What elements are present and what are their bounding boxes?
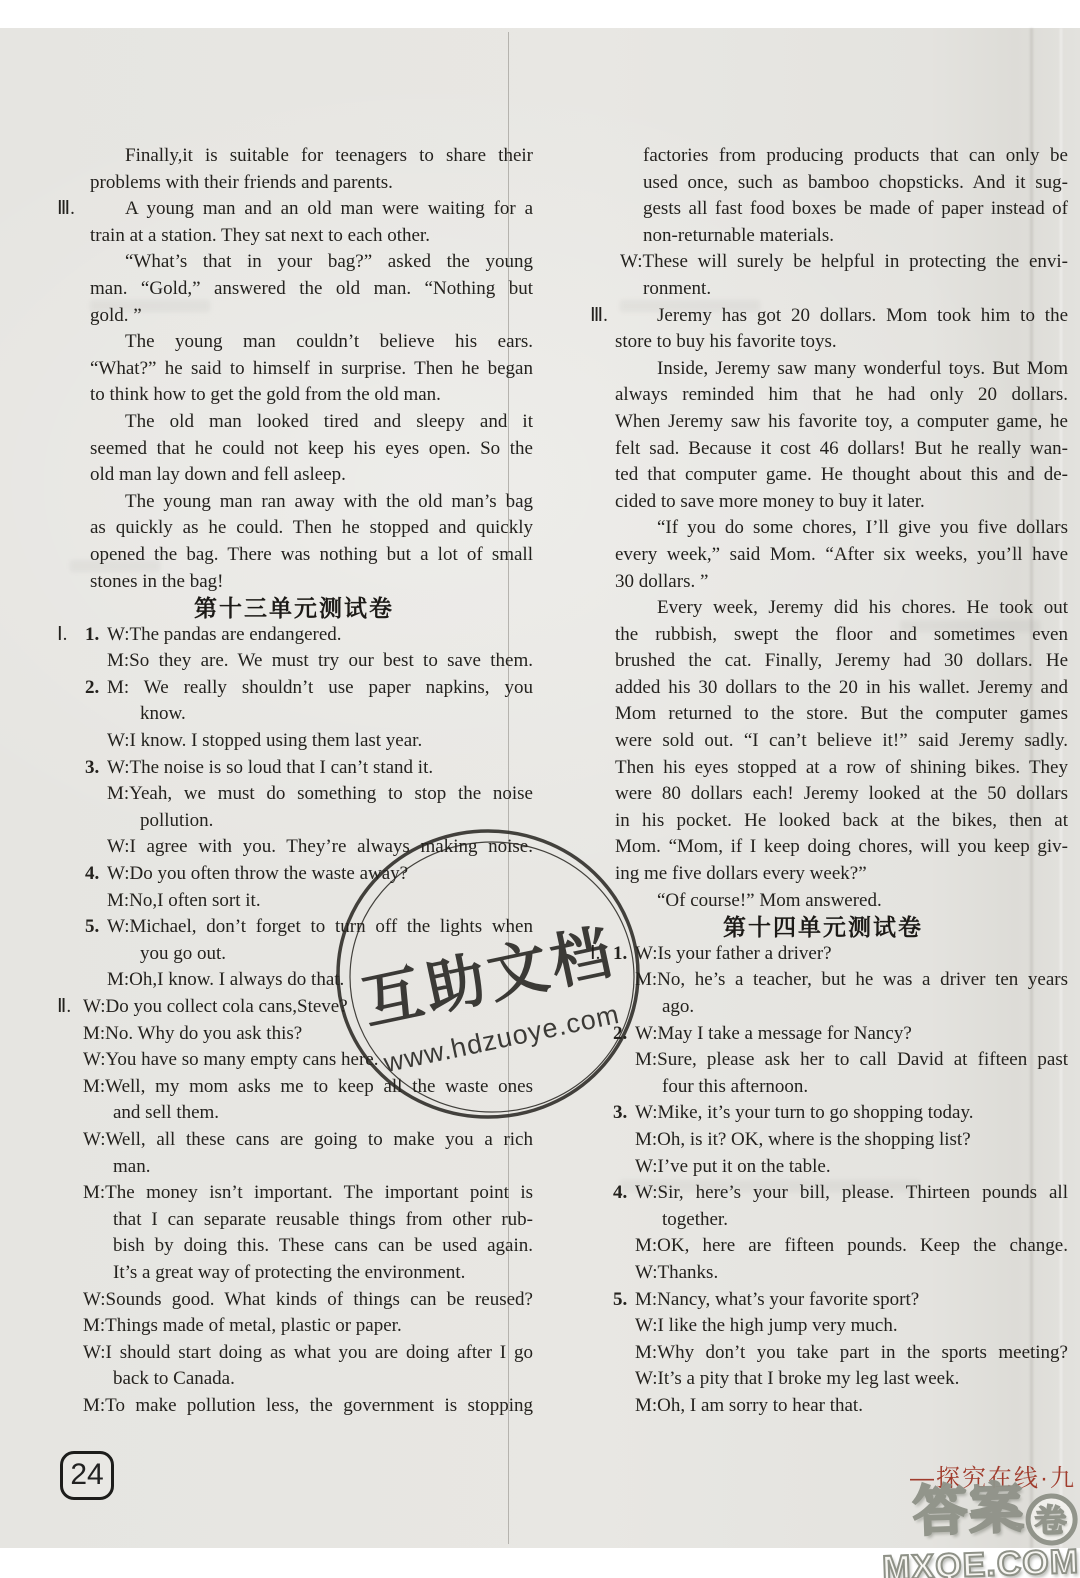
line-text: W:You have so many empty cans here. [83, 1049, 379, 1070]
line-text: M:Sure, please ask her to call David at … [635, 1049, 1068, 1070]
item-number-marker: 2. [85, 675, 99, 702]
line-text: opened the bag. There was nothing but a … [90, 544, 533, 565]
text-line: added his 30 dollars to the 20 in his wa… [578, 675, 1068, 702]
line-text: W:Do you often throw the waste away? [107, 863, 408, 884]
text-line: “If you do some chores, I’ll give you fi… [578, 515, 1068, 542]
line-text: used once, such as bamboo chopsticks. An… [643, 172, 1068, 193]
line-text: ago. [662, 996, 694, 1017]
roman-numeral-marker: Ⅲ. [590, 303, 608, 330]
text-line: problems with their friends and parents. [55, 170, 533, 197]
text-line: train at a station. They sat next to eac… [55, 223, 533, 250]
line-text: W:Sounds good. What kinds of things can … [83, 1289, 533, 1310]
text-line: ing me five dollars every week?” [578, 861, 1068, 888]
line-text: W:Michael, don’t forget to turn off the … [107, 916, 533, 937]
text-line: M:Oh,I know. I always do that. [55, 967, 533, 994]
line-text: seemed that he could not keep his eyes o… [90, 438, 533, 459]
text-line: brushed the cat. Finally, Jeremy had 30 … [578, 648, 1068, 675]
line-text: The old man looked tired and sleepy and … [125, 411, 533, 432]
line-text: It’s a great way of protecting the envir… [113, 1262, 465, 1283]
line-text: When Jeremy saw his favorite toy, a comp… [615, 411, 1068, 432]
item-number-marker: 5. [85, 914, 99, 941]
line-text: “What’s that in your bag?” asked the you… [125, 251, 533, 272]
line-text: W:These will surely be helpful in protec… [620, 251, 1068, 272]
line-text: M: We really shouldn’t use paper napkins… [107, 677, 533, 698]
text-line: every week,” said Mom. “After six weeks,… [578, 542, 1068, 569]
line-text: and sell them. [113, 1102, 219, 1123]
item-number-marker: 4. [613, 1180, 627, 1207]
line-text: W:Thanks. [635, 1262, 718, 1283]
text-line: back to Canada. [55, 1366, 533, 1393]
circled-character: 卷 [1025, 1493, 1079, 1547]
line-text: 30 dollars. ” [615, 571, 708, 592]
line-text: man. “Gold,” answered the old man. “Noth… [90, 278, 533, 299]
roman-numeral-marker: Ⅰ. [57, 622, 67, 649]
text-line: M:Things made of metal, plastic or paper… [55, 1313, 533, 1340]
line-text: Every week, Jeremy did his chores. He to… [657, 597, 1068, 618]
text-line: Inside, Jeremy saw many wonderful toys. … [578, 356, 1068, 383]
text-line: Ⅰ.1.W:The pandas are endangered. [55, 622, 533, 649]
line-text: back to Canada. [113, 1368, 235, 1389]
line-text: W:I’ve put it on the table. [635, 1156, 831, 1177]
line-text: ing me five dollars every week?” [615, 863, 867, 884]
text-line: 5.W:Michael, don’t forget to turn off th… [55, 914, 533, 941]
text-line: “What’s that in your bag?” asked the you… [55, 249, 533, 276]
text-line: M:Sure, please ask her to call David at … [578, 1047, 1068, 1074]
text-line: gests all fast food boxes be made of pap… [578, 196, 1068, 223]
text-line: were sold out. “I can’t believe it!” sai… [578, 728, 1068, 755]
text-line: 3.W:Mike, it’s your turn to go shopping … [578, 1100, 1068, 1127]
text-line: were 80 dollars each! Jeremy looked at t… [578, 781, 1068, 808]
text-line: W:Well, all these cans are going to make… [55, 1127, 533, 1154]
text-line: ronment. [578, 276, 1068, 303]
line-text: gold. ” [90, 305, 142, 326]
line-text: ronment. [643, 278, 711, 299]
line-text: Finally,it is suitable for teenagers to … [125, 145, 533, 166]
line-text: Jeremy has got 20 dollars. Mom took him … [657, 305, 1068, 326]
line-text: factories from producing products that c… [643, 145, 1068, 166]
line-text: M:No,I often sort it. [107, 890, 261, 911]
text-line: to think how to get the gold from the ol… [55, 382, 533, 409]
line-text: every week,” said Mom. “After six weeks,… [615, 544, 1068, 565]
item-number-marker: 1. [613, 941, 627, 968]
text-line: M:Well, my mom asks me to keep all the w… [55, 1074, 533, 1101]
text-line: W:It’s a pity that I broke my leg last w… [578, 1366, 1068, 1393]
line-text: “If you do some chores, I’ll give you fi… [657, 517, 1068, 538]
line-text: M:OK, here are fifteen pounds. Keep the … [635, 1235, 1068, 1256]
text-line: 5.M:Nancy, what’s your favorite sport? [578, 1287, 1068, 1314]
line-text: were sold out. “I can’t believe it!” sai… [615, 730, 1068, 751]
text-line: 4.W:Do you often throw the waste away? [55, 861, 533, 888]
text-line: M:Yeah, we must do something to stop the… [55, 781, 533, 808]
text-line: you go out. [55, 941, 533, 968]
text-line: stones in the bag! [55, 569, 533, 596]
line-text: man. [113, 1156, 150, 1177]
text-line: W:I know. I stopped using them last year… [55, 728, 533, 755]
text-line: bish by doing this. These cans can be us… [55, 1233, 533, 1260]
answer-site-watermark: 答案卷 MXQE.COM [879, 1479, 1079, 1578]
line-text: as quickly as he could. Then he stopped … [90, 517, 533, 538]
section-heading: 第十四单元测试卷 [578, 914, 1068, 941]
text-line: as quickly as he could. Then he stopped … [55, 515, 533, 542]
line-text: that I can separate reusable things from… [113, 1209, 533, 1230]
text-line: 2.M: We really shouldn’t use paper napki… [55, 675, 533, 702]
page-number-badge: 24 [60, 1451, 114, 1500]
roman-numeral-marker: Ⅲ. [57, 196, 75, 223]
text-line: the rubbish, swept the floor and sometim… [578, 622, 1068, 649]
item-number-marker: 2. [613, 1021, 627, 1048]
right-text-column: factories from producing products that c… [578, 143, 1068, 1420]
text-line: Then his eyes stopped at a row of shinin… [578, 755, 1068, 782]
line-text: W:Is your father a driver? [635, 943, 832, 964]
page-number: 24 [70, 1458, 103, 1491]
text-line: W:I’ve put it on the table. [578, 1154, 1068, 1181]
text-line: When Jeremy saw his favorite toy, a comp… [578, 409, 1068, 436]
line-text: M:No, he’s a teacher, but he was a drive… [635, 969, 1068, 990]
line-text: 第十三单元测试卷 [194, 595, 394, 621]
text-line: man. [55, 1154, 533, 1181]
text-line: ago. [578, 994, 1068, 1021]
line-text: brushed the cat. Finally, Jeremy had 30 … [615, 650, 1068, 671]
text-line: seemed that he could not keep his eyes o… [55, 436, 533, 463]
text-line: factories from producing products that c… [578, 143, 1068, 170]
text-line: W:These will surely be helpful in protec… [578, 249, 1068, 276]
text-line: M:No,I often sort it. [55, 888, 533, 915]
text-line: M:No. Why do you ask this? [55, 1021, 533, 1048]
line-text: The young man ran away with the old man’… [125, 491, 533, 512]
line-text: Then his eyes stopped at a row of shinin… [615, 757, 1068, 778]
line-text: M:Things made of metal, plastic or paper… [83, 1315, 402, 1336]
text-line: store to buy his favorite toys. [578, 329, 1068, 356]
text-line: “What?” he said to himself in surprise. … [55, 356, 533, 383]
line-text: stones in the bag! [90, 571, 224, 592]
line-text: together. [662, 1209, 728, 1230]
line-text: added his 30 dollars to the 20 in his wa… [615, 677, 1068, 698]
line-text: W:Do you collect cola cans,Steve? [83, 996, 348, 1017]
line-text: W:May I take a message for Nancy? [635, 1023, 912, 1044]
line-text: gests all fast food boxes be made of pap… [643, 198, 1068, 219]
line-text: always reminded him that he had only 20 … [615, 384, 1068, 405]
line-text: M:Nancy, what’s your favorite sport? [635, 1289, 919, 1310]
text-line: and sell them. [55, 1100, 533, 1127]
text-line: M:To make pollution less, the government… [55, 1393, 533, 1420]
text-line: M:The money isn’t important. The importa… [55, 1180, 533, 1207]
line-text: ted that computer game. He thought about… [615, 464, 1068, 485]
line-text: bish by doing this. These cans can be us… [113, 1235, 533, 1256]
line-text: W:Mike, it’s your turn to go shopping to… [635, 1102, 973, 1123]
text-line: ted that computer game. He thought about… [578, 462, 1068, 489]
item-number-marker: 3. [613, 1100, 627, 1127]
line-text: Inside, Jeremy saw many wonderful toys. … [657, 358, 1068, 379]
left-text-column: Finally,it is suitable for teenagers to … [55, 143, 533, 1420]
text-line: W:Sounds good. What kinds of things can … [55, 1287, 533, 1314]
line-text: M:Well, my mom asks me to keep all the w… [83, 1076, 533, 1097]
text-line: Mom returned to the store. But the compu… [578, 701, 1068, 728]
line-text: M:Oh, is it? OK, where is the shopping l… [635, 1129, 971, 1150]
text-line: together. [578, 1207, 1068, 1234]
text-line: M:No, he’s a teacher, but he was a drive… [578, 967, 1068, 994]
text-line: The young man couldn’t believe his ears. [55, 329, 533, 356]
text-line: 2.W:May I take a message for Nancy? [578, 1021, 1068, 1048]
item-number-marker: 5. [613, 1287, 627, 1314]
text-line: M:So they are. We must try our best to s… [55, 648, 533, 675]
text-line: cided to save more money to buy it later… [578, 489, 1068, 516]
line-text: cided to save more money to buy it later… [615, 491, 925, 512]
line-text: Mom. “Mom, if I keep doing chores, will … [615, 836, 1068, 857]
line-text: The young man couldn’t believe his ears. [125, 331, 533, 352]
line-text: know. [140, 703, 186, 724]
text-line: Ⅲ.Jeremy has got 20 dollars. Mom took hi… [578, 303, 1068, 330]
text-line: 4.W:Sir, here’s your bill, please. Thirt… [578, 1180, 1068, 1207]
line-text: in his pocket. He looked back at the bik… [615, 810, 1068, 831]
line-text: train at a station. They sat next to eac… [90, 225, 430, 246]
text-line: M:Why don’t you take part in the sports … [578, 1340, 1068, 1367]
line-text: Mom returned to the store. But the compu… [615, 703, 1068, 724]
line-text: W:I agree with you. They’re always makin… [107, 836, 533, 857]
text-line: used once, such as bamboo chopsticks. An… [578, 170, 1068, 197]
text-line: know. [55, 701, 533, 728]
line-text: W:It’s a pity that I broke my leg last w… [635, 1368, 959, 1389]
line-text: problems with their friends and parents. [90, 172, 393, 193]
line-text: the rubbish, swept the floor and sometim… [615, 624, 1068, 645]
line-text: W:The pandas are endangered. [107, 624, 342, 645]
line-text: W:I like the high jump very much. [635, 1315, 898, 1336]
line-text: M:Oh, I am sorry to hear that. [635, 1395, 863, 1416]
text-line: pollution. [55, 808, 533, 835]
watermark-cn-text: 答案卷 [879, 1479, 1078, 1552]
text-line: W:I agree with you. They’re always makin… [55, 834, 533, 861]
item-number-marker: 4. [85, 861, 99, 888]
line-text: M:So they are. We must try our best to s… [107, 650, 533, 671]
text-line: old man lay down and fell asleep. [55, 462, 533, 489]
line-text: “What?” he said to himself in surprise. … [90, 358, 533, 379]
line-text: felt sad. Because it cost 46 dollars! Bu… [615, 438, 1068, 459]
line-text: four this afternoon. [662, 1076, 808, 1097]
line-text: M:No. Why do you ask this? [83, 1023, 302, 1044]
line-text: A young man and an old man were waiting … [125, 198, 533, 219]
text-line: that I can separate reusable things from… [55, 1207, 533, 1234]
text-line: four this afternoon. [578, 1074, 1068, 1101]
text-line: The old man looked tired and sleepy and … [55, 409, 533, 436]
scanned-workbook-page: Finally,it is suitable for teenagers to … [0, 0, 1080, 1578]
text-line: Ⅲ.A young man and an old man were waitin… [55, 196, 533, 223]
line-text: W:I should start doing as what you are d… [83, 1342, 533, 1363]
line-text: non-returnable materials. [643, 225, 834, 246]
line-text: 第十四单元测试卷 [723, 914, 923, 940]
line-text: M:The money isn’t important. The importa… [83, 1182, 533, 1203]
line-text: W:Well, all these cans are going to make… [83, 1129, 533, 1150]
line-text: “Of course!” Mom answered. [657, 890, 882, 911]
line-text: store to buy his favorite toys. [615, 331, 837, 352]
line-text: M:Why don’t you take part in the sports … [635, 1342, 1068, 1363]
line-text: W:I know. I stopped using them last year… [107, 730, 422, 751]
line-text: to think how to get the gold from the ol… [90, 384, 441, 405]
text-line: W:I should start doing as what you are d… [55, 1340, 533, 1367]
text-line: opened the bag. There was nothing but a … [55, 542, 533, 569]
text-line: Finally,it is suitable for teenagers to … [55, 143, 533, 170]
line-text: M:Yeah, we must do something to stop the… [107, 783, 533, 804]
text-line: gold. ” [55, 303, 533, 330]
text-line: non-returnable materials. [578, 223, 1068, 250]
text-line: Ⅱ.W:Do you collect cola cans,Steve? [55, 994, 533, 1021]
line-text: W:The noise is so loud that I can’t stan… [107, 757, 433, 778]
line-text: pollution. [140, 810, 213, 831]
line-text: W:Sir, here’s your bill, please. Thirtee… [635, 1182, 1068, 1203]
text-line: 30 dollars. ” [578, 569, 1068, 596]
text-line: W:You have so many empty cans here. [55, 1047, 533, 1074]
text-line: felt sad. Because it cost 46 dollars! Bu… [578, 436, 1068, 463]
text-line: M:OK, here are fifteen pounds. Keep the … [578, 1233, 1068, 1260]
line-text: you go out. [140, 943, 226, 964]
roman-numeral-marker: Ⅰ. [590, 941, 600, 968]
text-line: The young man ran away with the old man’… [55, 489, 533, 516]
text-line: 3.W:The noise is so loud that I can’t st… [55, 755, 533, 782]
text-line: W:Thanks. [578, 1260, 1068, 1287]
line-text: old man lay down and fell asleep. [90, 464, 346, 485]
text-line: M:Oh, I am sorry to hear that. [578, 1393, 1068, 1420]
line-text: M:To make pollution less, the government… [83, 1395, 533, 1416]
text-line: always reminded him that he had only 20 … [578, 382, 1068, 409]
line-text: were 80 dollars each! Jeremy looked at t… [615, 783, 1068, 804]
text-line: It’s a great way of protecting the envir… [55, 1260, 533, 1287]
text-line: man. “Gold,” answered the old man. “Noth… [55, 276, 533, 303]
text-line: Mom. “Mom, if I keep doing chores, will … [578, 834, 1068, 861]
text-line: in his pocket. He looked back at the bik… [578, 808, 1068, 835]
text-line: Ⅰ.1.W:Is your father a driver? [578, 941, 1068, 968]
text-line: W:I like the high jump very much. [578, 1313, 1068, 1340]
text-line: M:Oh, is it? OK, where is the shopping l… [578, 1127, 1068, 1154]
section-heading: 第十三单元测试卷 [55, 595, 533, 622]
text-line: Every week, Jeremy did his chores. He to… [578, 595, 1068, 622]
line-text: M:Oh,I know. I always do that. [107, 969, 344, 990]
item-number-marker: 1. [85, 622, 99, 649]
watermark-site-text: MXQE.COM [882, 1545, 1080, 1578]
item-number-marker: 3. [85, 755, 99, 782]
roman-numeral-marker: Ⅱ. [57, 994, 71, 1021]
text-line: “Of course!” Mom answered. [578, 888, 1068, 915]
